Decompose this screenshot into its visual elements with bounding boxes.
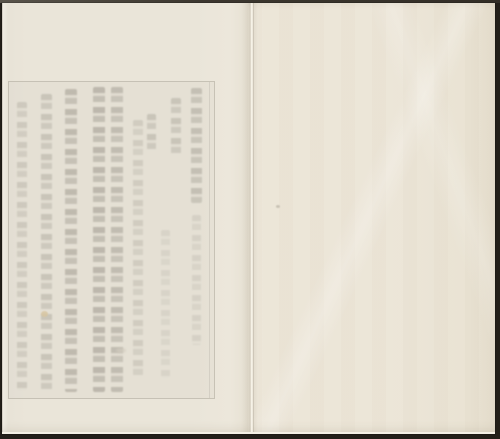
bleedthrough-text-column (111, 87, 123, 392)
right-page (248, 3, 495, 432)
left-page (2, 3, 248, 432)
bleedthrough-text-column (171, 98, 181, 158)
bleedthrough-text-column (147, 114, 156, 150)
paper-stain (41, 311, 48, 317)
bleedthrough-text-column (93, 87, 105, 392)
bleedthrough-margin-line (209, 82, 210, 398)
paper-stain (116, 348, 126, 353)
book-scan-background (0, 0, 500, 439)
bleedthrough-text-column (65, 89, 77, 392)
bleedthrough-text-column (17, 102, 27, 390)
bleedthrough-text-column (192, 215, 201, 345)
bleedthrough-text-column (161, 230, 170, 378)
book-spread (2, 3, 495, 434)
bleedthrough-text-column (191, 88, 202, 203)
bleedthrough-text-block (8, 81, 215, 399)
paper-stain (276, 205, 280, 208)
bleedthrough-text-column (133, 120, 143, 376)
bleedthrough-text-column (41, 94, 52, 392)
